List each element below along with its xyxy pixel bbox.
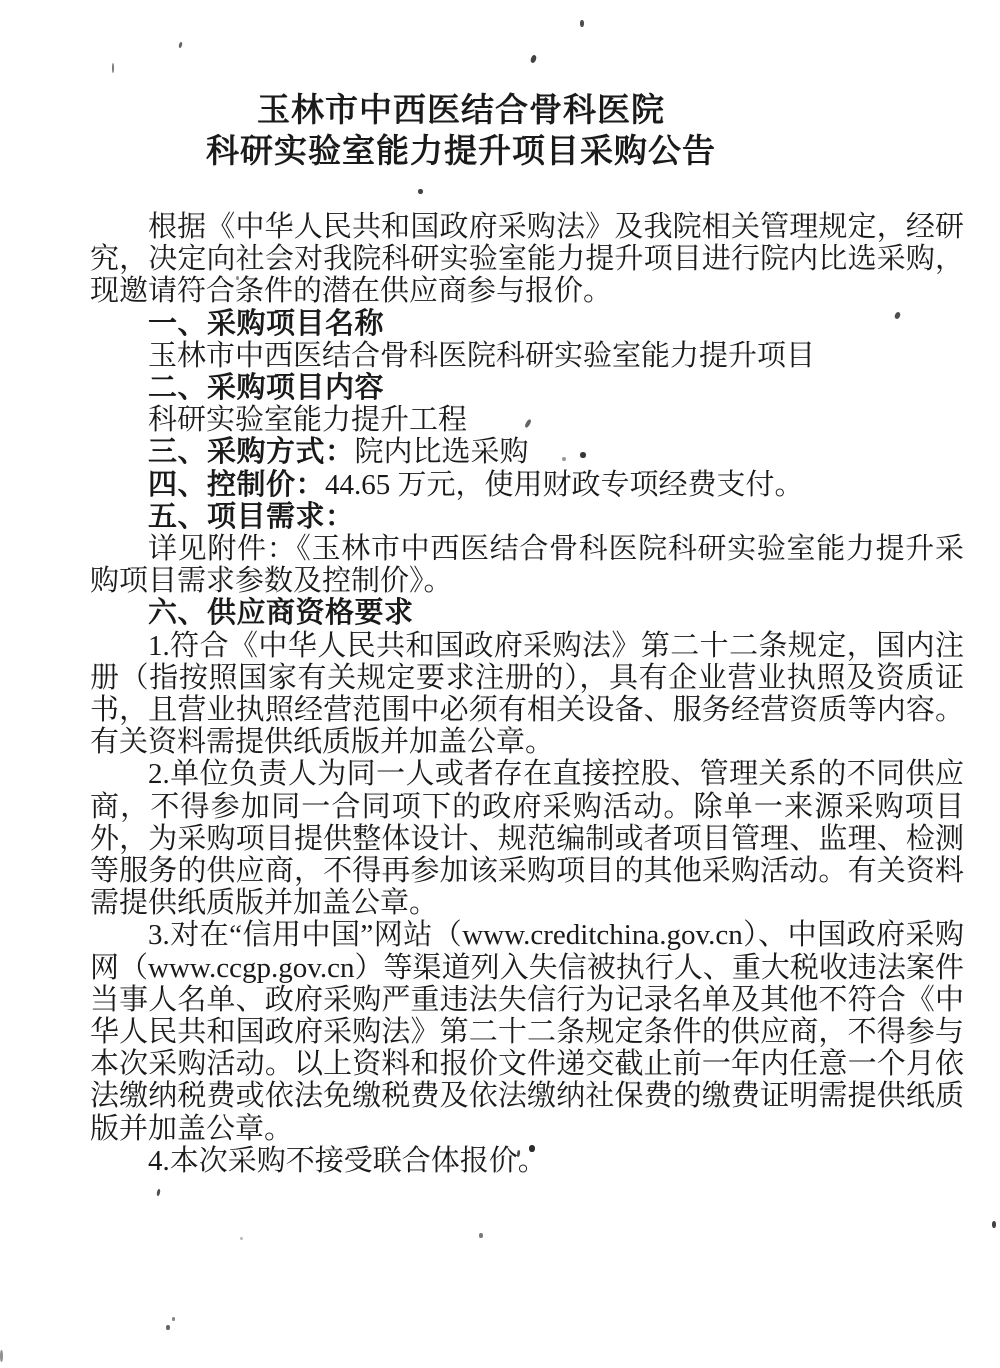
section-1-heading: 一、采购项目名称	[90, 308, 964, 340]
scan-speck	[240, 1237, 243, 1240]
scan-speck	[112, 63, 114, 73]
title-line-2: 科研实验室能力提升项目采购公告	[0, 132, 922, 173]
section-3-line: 三、采购方式：院内比选采购	[90, 436, 964, 468]
section-4-heading: 四、控制价：	[148, 469, 325, 501]
scan-speck	[580, 452, 586, 458]
document-content: 根据《中华人民共和国政府采购法》及我院相关管理规定，经研究，决定向社会对我院科研…	[90, 211, 964, 1177]
section-4-line: 四、控制价：44.65 万元，使用财政专项经费支付。	[90, 469, 964, 501]
scan-speck	[529, 1145, 535, 1152]
scan-speck	[562, 457, 566, 461]
scan-speck	[236, 276, 239, 280]
scan-speck	[992, 1221, 996, 1228]
section-3-value: 院内比选采购	[355, 436, 529, 468]
section-5-heading: 五、项目需求：	[90, 501, 964, 533]
qualification-item-4: 4.本次采购不接受联合体报价。	[90, 1145, 964, 1177]
scan-speck	[580, 20, 584, 27]
scan-speck	[178, 42, 182, 49]
scan-speck	[530, 54, 537, 63]
qualification-item-1: 1.符合《中华人民共和国政府采购法》第二十二条规定，国内注册（指按照国家有关规定…	[90, 630, 964, 759]
qualification-item-2: 2.单位负责人为同一人或者存在直接控股、管理关系的不同供应商，不得参加同一合同项…	[90, 758, 964, 919]
section-2-heading: 二、采购项目内容	[90, 372, 964, 404]
section-6-heading: 六、供应商资格要求	[90, 597, 964, 629]
scan-speck	[479, 1233, 483, 1238]
title-line-1: 玉林市中西医结合骨科医院	[0, 91, 922, 132]
section-3-heading: 三、采购方式：	[148, 436, 355, 468]
scan-speck	[156, 1189, 160, 1196]
section-1-content: 玉林市中西医结合骨科医院科研实验室能力提升项目	[90, 340, 964, 372]
scan-speck	[166, 1325, 170, 1330]
document-title: 玉林市中西医结合骨科医院 科研实验室能力提升项目采购公告	[0, 91, 1000, 173]
scanned-document-page: 玉林市中西医结合骨科医院 科研实验室能力提升项目采购公告 根据《中华人民共和国政…	[0, 0, 1000, 1368]
scan-speck	[0, 1350, 3, 1362]
scan-speck	[172, 1317, 175, 1321]
section-4-value: 44.65 万元，使用财政专项经费支付。	[325, 469, 804, 501]
section-5-content: 详见附件：《玉林市中西医结合骨科医院科研实验室能力提升采购项目需求参数及控制价》…	[90, 533, 964, 597]
scan-speck	[418, 189, 423, 194]
intro-paragraph: 根据《中华人民共和国政府采购法》及我院相关管理规定，经研究，决定向社会对我院科研…	[90, 211, 964, 308]
qualification-item-3: 3.对在“信用中国”网站（www.creditchina.gov.cn）、中国政…	[90, 919, 964, 1144]
